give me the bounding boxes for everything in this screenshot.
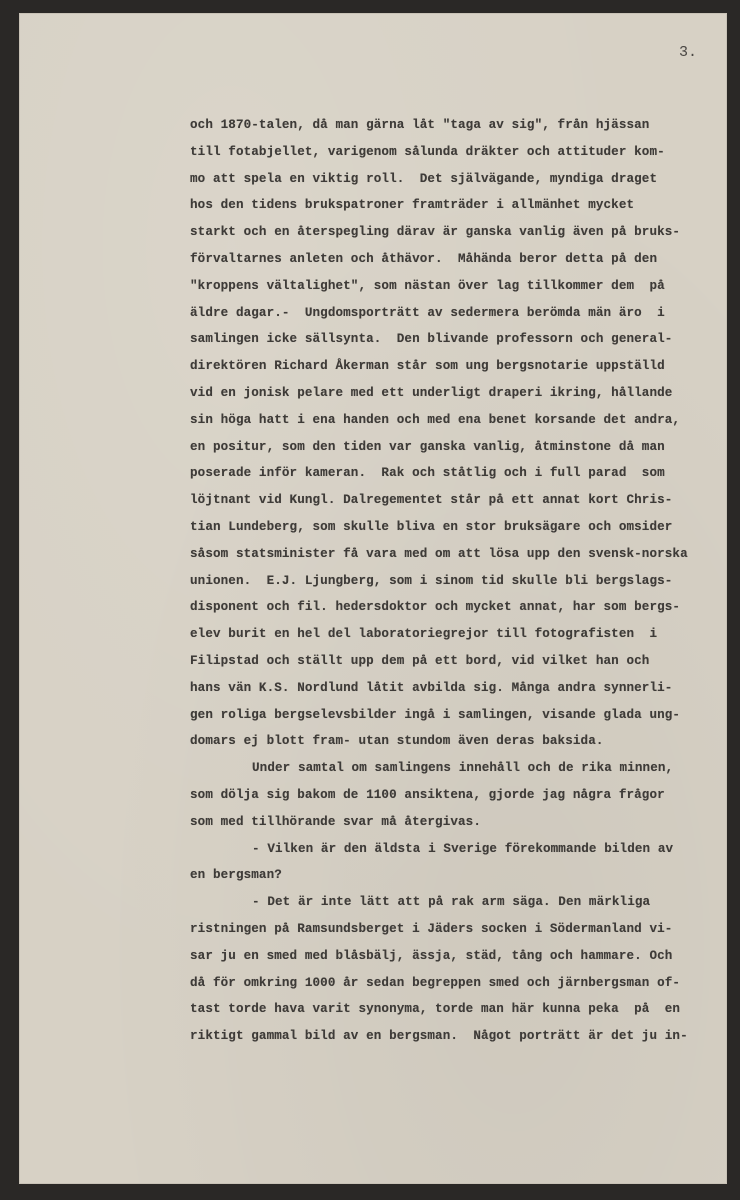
text-line: ristningen på Ramsundsberget i Jäders so…	[190, 920, 730, 947]
text-line: "kroppens vältalighet", som nästan över …	[190, 277, 730, 304]
text-line: löjtnant vid Kungl. Dalregementet står p…	[190, 491, 730, 518]
text-line: poserade inför kameran. Rak och ståtlig …	[190, 464, 730, 491]
text-line: som med tillhörande svar må återgivas.	[190, 813, 730, 840]
text-line: en bergsman?	[190, 866, 730, 893]
text-line: unionen. E.J. Ljungberg, som i sinom tid…	[190, 572, 730, 599]
text-line: riktigt gammal bild av en bergsman. Någo…	[190, 1027, 730, 1054]
text-line: en positur, som den tiden var ganska van…	[190, 438, 730, 465]
text-line: samlingen icke sällsynta. Den blivande p…	[190, 330, 730, 357]
text-line: elev burit en hel del laboratoriegrejor …	[190, 625, 730, 652]
text-line: disponent och fil. hedersdoktor och myck…	[190, 598, 730, 625]
text-line: gen roliga bergselevsbilder ingå i samli…	[190, 706, 730, 733]
text-line: tian Lundeberg, som skulle bliva en stor…	[190, 518, 730, 545]
text-line: tast torde hava varit synonyma, torde ma…	[190, 1000, 730, 1027]
text-line: direktören Richard Åkerman står som ung …	[190, 357, 730, 384]
text-line: hans vän K.S. Nordlund låtit avbilda sig…	[190, 679, 730, 706]
text-line: mo att spela en viktig roll. Det själväg…	[190, 170, 730, 197]
text-line: Filipstad och ställt upp dem på ett bord…	[190, 652, 730, 679]
text-line: förvaltarnes anleten och åthävor. Måhänd…	[190, 250, 730, 277]
answer-line: - Det är inte lätt att på rak arm säga. …	[190, 893, 730, 920]
page-number: 3.	[679, 44, 697, 61]
text-line: vid en jonisk pelare med ett underligt d…	[190, 384, 730, 411]
text-line: till fotabjellet, varigenom sålunda dräk…	[190, 143, 730, 170]
text-line: äldre dagar.- Ungdomsporträtt av sederme…	[190, 304, 730, 331]
text-line: sar ju en smed med blåsbälj, ässja, städ…	[190, 947, 730, 974]
text-line: och 1870-talen, då man gärna låt "taga a…	[190, 116, 730, 143]
text-line: domars ej blott fram- utan stundom även …	[190, 732, 730, 759]
text-line: starkt och en återspegling därav är gans…	[190, 223, 730, 250]
scanned-page-viewer: 3. och 1870-talen, då man gärna låt "tag…	[0, 0, 740, 1200]
text-line: såsom statsminister få vara med om att l…	[190, 545, 730, 572]
text-line: som dölja sig bakom de 1100 ansiktena, g…	[190, 786, 730, 813]
text-line: hos den tidens brukspatroner framträder …	[190, 196, 730, 223]
question-line: - Vilken är den äldsta i Sverige förekom…	[190, 840, 730, 867]
text-line: sin höga hatt i ena handen och med ena b…	[190, 411, 730, 438]
typewritten-body: och 1870-talen, då man gärna låt "taga a…	[190, 116, 730, 1054]
text-line: då för omkring 1000 år sedan begreppen s…	[190, 974, 730, 1001]
paragraph-start-line: Under samtal om samlingens innehåll och …	[190, 759, 730, 786]
